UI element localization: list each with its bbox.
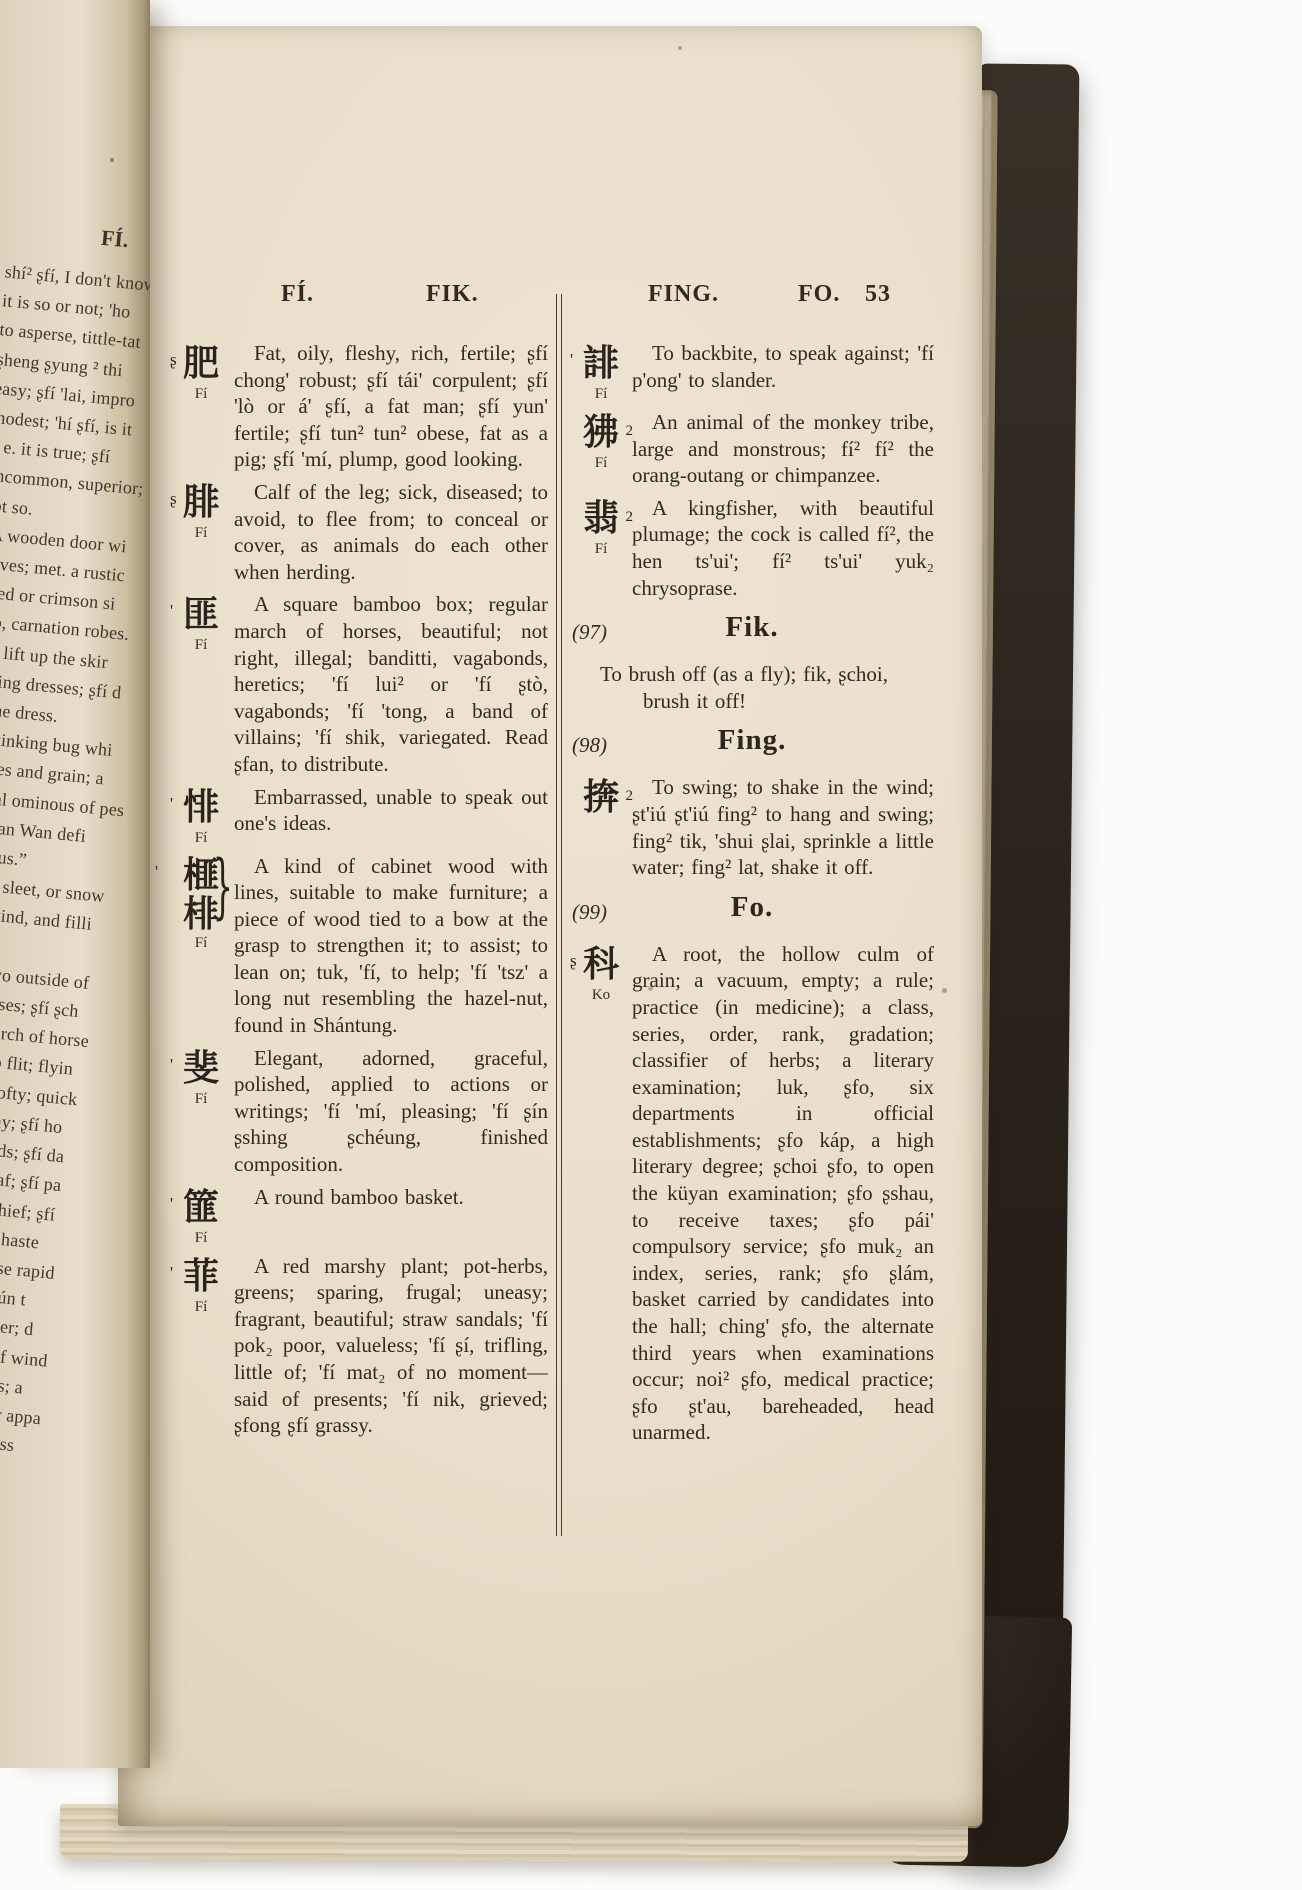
- entry-fo-root: ʂ科 Ko A root, the hollow culm of grain; …: [570, 941, 934, 1446]
- entry-fing-swing: 捹2 To swing; to shake in the wind; ʂt'iú…: [570, 774, 934, 880]
- entry-headword: '誹 Fí: [570, 340, 632, 403]
- entry-reading: Fí: [168, 935, 234, 952]
- tone-number: 2: [626, 775, 634, 817]
- entry-definition: To swing; to shake in the wind; ʂt'iú ʂt…: [632, 774, 934, 880]
- entry-reading: Ko: [570, 987, 632, 1004]
- tone-mark: ʂ: [570, 940, 577, 982]
- entry-headword: 狒2 Fí: [570, 409, 632, 489]
- running-head-fo: FO.: [798, 281, 840, 308]
- entry-headword: ʂ肥 Fí: [168, 340, 234, 473]
- entry-reading: Fí: [168, 525, 234, 542]
- entry-definition: Embarrassed, unable to speak out one's i…: [234, 784, 548, 847]
- section-heading-fik: (97) Fik.: [570, 611, 934, 657]
- section-fik-definition: To brush off (as a fly); fik, ʂchoi, bru…: [600, 661, 934, 714]
- running-head-fik: FIK.: [426, 281, 479, 308]
- entry-fi-backbite: '誹 Fí To backbite, to speak against; 'fí…: [570, 340, 934, 403]
- chinese-character: '匪: [183, 594, 219, 636]
- running-head-fing: FING.: [648, 281, 719, 308]
- opposite-running-head: FÍ.: [100, 225, 130, 253]
- entry-headword: '篚 Fí: [168, 1184, 234, 1247]
- chinese-character: ʂ肥: [183, 343, 219, 385]
- tone-mark: ': [570, 339, 573, 381]
- entry-reading: Fí: [570, 541, 632, 558]
- chinese-character: '菲: [183, 1256, 219, 1298]
- entry-definition: A round bamboo basket.: [234, 1184, 548, 1247]
- chinese-character: '篚: [183, 1187, 219, 1229]
- section-title: Fo.: [570, 891, 934, 924]
- chinese-character: 翡2: [583, 498, 619, 540]
- entry-reading: Fí: [168, 1299, 234, 1316]
- entry-definition: A red marshy plant; pot-herbs, greens; s…: [234, 1253, 548, 1439]
- chinese-character: 狒2: [583, 412, 619, 454]
- tone-mark: ': [170, 783, 173, 825]
- foxing-speck: [648, 986, 653, 991]
- chinese-character: 捹2: [583, 777, 619, 819]
- tone-mark: ': [170, 1252, 173, 1294]
- chinese-character: ʂ科: [583, 944, 619, 986]
- tone-number: 2: [626, 410, 634, 452]
- entry-headword: ʂ腓 Fí: [168, 479, 234, 585]
- entry-fi-baboon: 狒2 Fí An animal of the monkey tribe, lar…: [570, 409, 934, 489]
- entry-headword: ʂ科 Ko: [570, 941, 632, 1446]
- entry-definition: Calf of the leg; sick, diseased; to avoi…: [234, 479, 548, 585]
- entry-definition: A kingfisher, with beautiful plumage; th…: [632, 495, 934, 601]
- tone-mark: ': [155, 852, 158, 891]
- entry-headword: '斐 Fí: [168, 1045, 234, 1178]
- foxing-speck: [678, 46, 682, 50]
- entry-fi-elegant: '斐 Fí Elegant, adorned, graceful, polish…: [168, 1045, 548, 1178]
- entry-definition: A root, the hollow culm of grain; a vacu…: [632, 941, 934, 1446]
- chinese-character: ʂ腓: [183, 482, 219, 524]
- entry-definition: Elegant, adorned, graceful, polished, ap…: [234, 1045, 548, 1178]
- entry-headword-pair: '榧 棑 } Fí: [168, 853, 234, 1039]
- tone-mark: ʂ: [170, 339, 177, 381]
- entry-fi-round-basket: '篚 Fí A round bamboo basket.: [168, 1184, 548, 1247]
- entry-reading: Fí: [168, 386, 234, 403]
- tone-number: 2: [626, 496, 634, 538]
- entry-headword: 捹2: [570, 774, 632, 880]
- right-column: '誹 Fí To backbite, to speak against; 'fí…: [570, 340, 934, 1452]
- entry-definition: To backbite, to speak against; 'fí p'ong…: [632, 340, 934, 403]
- entry-fi-embarrassed: '悱 Fí Embarrassed, unable to speak out o…: [168, 784, 548, 847]
- page-number: 53: [865, 281, 891, 308]
- entry-reading: Fí: [168, 1230, 234, 1247]
- entry-headword: '菲 Fí: [168, 1253, 234, 1439]
- entry-fi-calf: ʂ腓 Fí Calf of the leg; sick, diseased; t…: [168, 479, 548, 585]
- entry-reading: Fí: [168, 637, 234, 654]
- brace-glyph: }: [213, 844, 233, 928]
- entry-fi-marshy-plant: '菲 Fí A red marshy plant; pot-herbs, gre…: [168, 1253, 548, 1439]
- tone-mark: ': [170, 1044, 173, 1086]
- entry-headword: 翡2 Fí: [570, 495, 632, 601]
- foxing-speck: [942, 988, 947, 993]
- section-heading-fing: (98) Fing.: [570, 724, 934, 770]
- entry-definition: Fat, oily, fleshy, rich, fertile; ʂfí ch…: [234, 340, 548, 473]
- opposite-page-text: shí² ʂfí, I don't know it is so or not; …: [0, 257, 150, 1553]
- entry-headword: '悱 Fí: [168, 784, 234, 847]
- entry-definition: A kind of cabinet wood with lines, suita…: [234, 853, 548, 1039]
- left-column: ʂ肥 Fí Fat, oily, fleshy, rich, fertile; …: [168, 340, 548, 1445]
- tone-mark: ': [170, 590, 173, 632]
- entry-reading: Fí: [570, 386, 632, 403]
- section-heading-fo: (99) Fo.: [570, 891, 934, 937]
- chinese-character: '斐: [183, 1048, 219, 1090]
- tone-mark: ': [170, 1183, 173, 1225]
- foxing-speck: [110, 158, 114, 162]
- entry-fi-basket: '匪 Fí A square bamboo box; regular march…: [168, 591, 548, 777]
- chinese-character: '誹: [583, 343, 619, 385]
- section-title: Fing.: [570, 724, 934, 757]
- chinese-character: '悱: [183, 787, 219, 829]
- entry-definition: An animal of the monkey tribe, large and…: [632, 409, 934, 489]
- entry-fi-kingfisher: 翡2 Fí A kingfisher, with beautiful pluma…: [570, 495, 934, 601]
- entry-fi-fat: ʂ肥 Fí Fat, oily, fleshy, rich, fertile; …: [168, 340, 548, 473]
- section-title: Fik.: [570, 611, 934, 644]
- entry-fi-cabinet-wood: '榧 棑 } Fí A kind of cabinet wood with li…: [168, 853, 548, 1039]
- entry-headword: '匪 Fí: [168, 591, 234, 777]
- book-photograph: FÍ. FIK. FING. FO. 53 ʂ肥 Fí Fat, oily, f…: [0, 0, 1302, 1890]
- dictionary-page: FÍ. FIK. FING. FO. 53 ʂ肥 Fí Fat, oily, f…: [118, 26, 982, 1826]
- column-divider-rule: [556, 294, 562, 1536]
- entry-definition: A square bamboo box; regular march of ho…: [234, 591, 548, 777]
- entry-reading: Fí: [168, 1091, 234, 1108]
- entry-reading: Fí: [570, 455, 632, 472]
- running-head-fi: FÍ.: [281, 281, 314, 308]
- tone-mark: ʂ: [170, 478, 177, 520]
- opposite-page-edge: FÍ. shí² ʂfí, I don't know it is so or n…: [0, 0, 150, 1768]
